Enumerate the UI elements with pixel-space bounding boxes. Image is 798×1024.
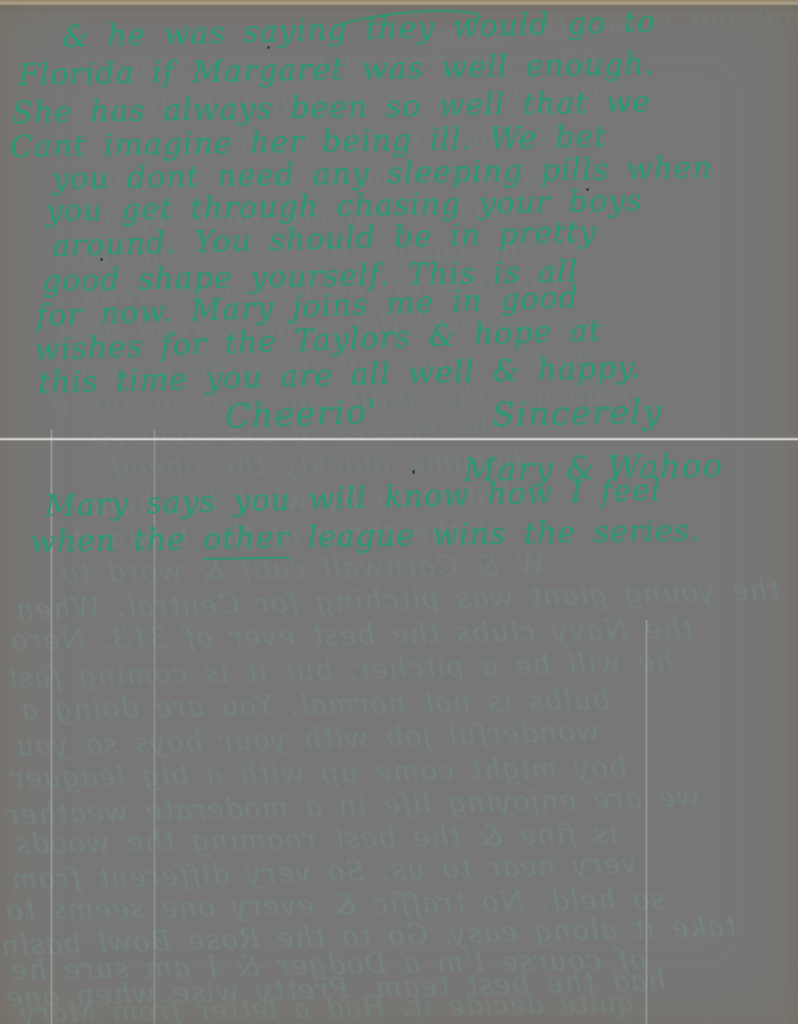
closing-word: Cheerio' bbox=[224, 392, 378, 436]
ink-speck bbox=[412, 470, 415, 474]
closing-sincerely: Sincerely bbox=[492, 392, 663, 434]
postscript-underlined-word: other bbox=[203, 520, 290, 560]
fold-crease-vertical-right bbox=[645, 620, 648, 1024]
postscript-line-2-post: league wins the series. bbox=[289, 513, 700, 555]
letter-page: he was out to see the gameafter the firs… bbox=[0, 0, 798, 1024]
fold-crease-horizontal bbox=[0, 437, 798, 441]
postscript-line-2-pre: when the bbox=[30, 522, 204, 560]
